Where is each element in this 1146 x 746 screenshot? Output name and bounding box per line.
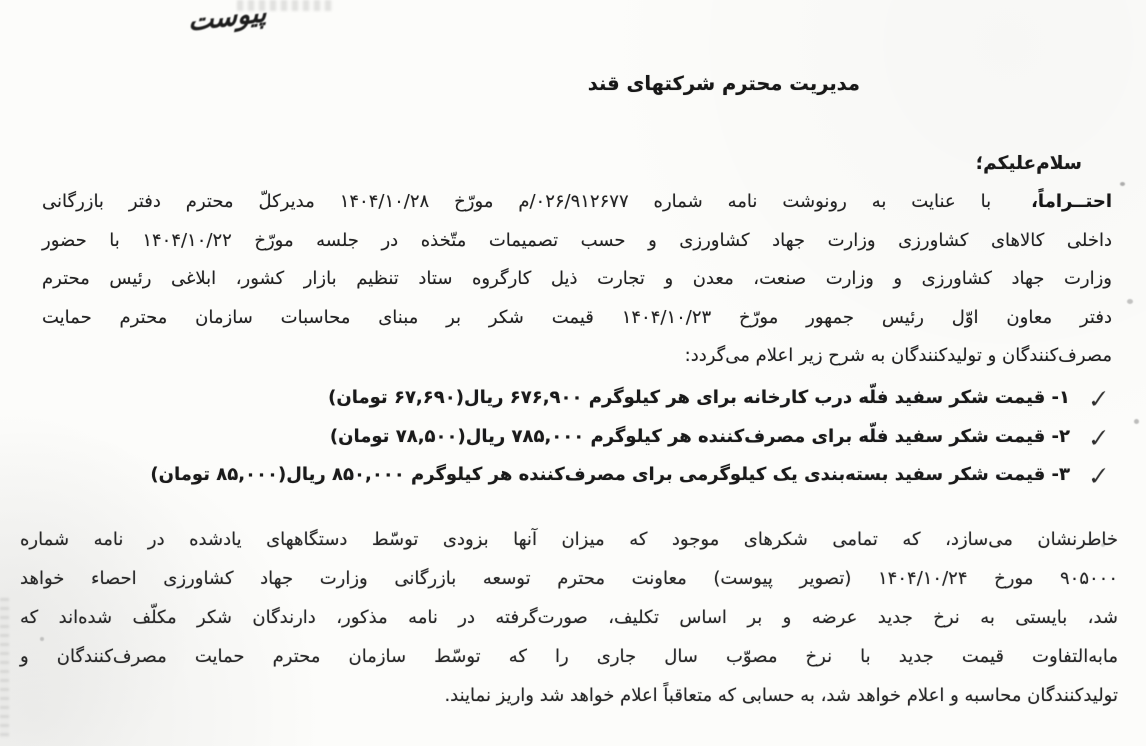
paragraph-line: خاطرنشان می‌سازد، که تمامی شکرهای موجود … bbox=[20, 520, 1118, 559]
price-item-text: ۳- قیمت شکر سفید بسته‌بندی یک کیلوگرمی ب… bbox=[150, 464, 1070, 485]
paragraph-line: دفتر معاون اوّل رئیس جمهور مورّخ ۱۴۰۴/۱۰… bbox=[42, 299, 1112, 338]
check-tick-icon: ✓ bbox=[1089, 454, 1110, 499]
scan-speck bbox=[1127, 299, 1133, 304]
paragraph-line: داخلی کالاهای کشاورزی وزارت جهاد کشاورزی… bbox=[42, 222, 1112, 261]
scanned-letter-page: پیوست مدیریت محترم شرکتهای قند سلام‌علیک… bbox=[0, 0, 1146, 746]
paragraph-line: ۹۰۵۰۰۰ مورخ ۱۴۰۴/۱۰/۲۴ (تصویر پیوست) معا… bbox=[20, 559, 1118, 598]
intro-paragraph: احتــراماً،با عنایت به رونوشت نامه شماره… bbox=[42, 183, 1112, 376]
price-item: ✓ ۲- قیمت شکر سفید فلّه برای مصرف‌کننده … bbox=[150, 418, 1070, 457]
price-list: ✓ ۱- قیمت شکر سفید فلّه درب کارخانه برای… bbox=[150, 379, 1070, 495]
letter-salutation: سلام‌علیکم؛ bbox=[976, 153, 1082, 174]
paragraph-line: وزارت جهاد کشاورزی و وزارت صنعت، معدن و … bbox=[42, 260, 1112, 299]
price-item-text: ۱- قیمت شکر سفید فلّه درب کارخانه برای ه… bbox=[328, 387, 1070, 408]
paragraph-line: شد، بایستی به نرخ جدید عرضه و بر اساس تک… bbox=[20, 598, 1118, 637]
opening-word: احتــراماً، bbox=[1031, 191, 1112, 212]
paragraph-line: مصرف‌کنندگان و تولیدکنندگان به شرح زیر ا… bbox=[42, 337, 1112, 376]
price-item: ✓ ۳- قیمت شکر سفید بسته‌بندی یک کیلوگرمی… bbox=[150, 456, 1070, 495]
paragraph-line-text: با عنایت به رونوشت نامه شماره ۰۲۶/۹۱۲۶۷۷… bbox=[42, 191, 991, 212]
paragraph-line: مابه‌التفاوت قیمت جدید با نرخ مصوّب سال … bbox=[20, 637, 1118, 676]
letter-recipient-heading: مدیریت محترم شرکتهای قند bbox=[588, 72, 860, 95]
price-item: ✓ ۱- قیمت شکر سفید فلّه درب کارخانه برای… bbox=[150, 379, 1070, 418]
scan-speck bbox=[1101, 543, 1105, 547]
paragraph-line: تولیدکنندگان محاسبه و اعلام خواهد شد، به… bbox=[20, 676, 1118, 715]
check-tick-icon: ✓ bbox=[1089, 377, 1110, 422]
scan-edge-streak bbox=[0, 598, 9, 738]
scan-speck bbox=[1134, 419, 1139, 424]
price-item-text: ۲- قیمت شکر سفید فلّه برای مصرف‌کننده هر… bbox=[330, 426, 1070, 447]
handwritten-attachment-note: پیوست bbox=[188, 0, 267, 38]
paragraph-line: احتــراماً،با عنایت به رونوشت نامه شماره… bbox=[42, 183, 1112, 222]
scan-speck bbox=[1120, 182, 1125, 186]
closing-paragraph: خاطرنشان می‌سازد، که تمامی شکرهای موجود … bbox=[20, 520, 1118, 715]
scan-speck bbox=[40, 637, 44, 641]
